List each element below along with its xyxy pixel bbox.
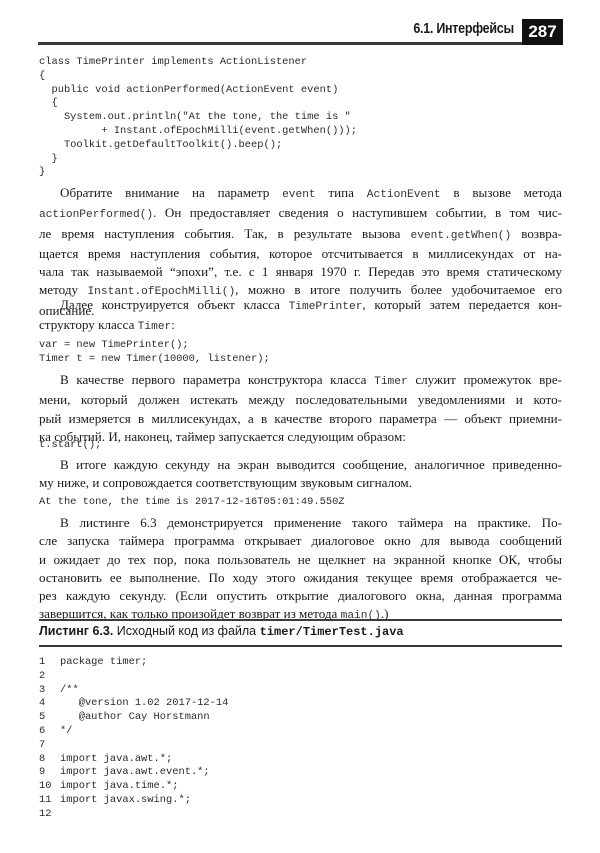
inline-code: Timer [374, 376, 408, 388]
listing-caption-text: Исходный код из файла [113, 624, 259, 638]
text-line: щается время наступления события, которо… [39, 245, 562, 263]
listing-line: 11import javax.swing.*; [39, 794, 228, 808]
line-number: 5 [39, 711, 60, 725]
inline-code: actionPerformed() [39, 209, 153, 221]
code-block-timer-construct: var = new TimePrinter();Timer t = new Ti… [39, 339, 270, 367]
code-line: } [39, 153, 357, 167]
code-line: { [39, 70, 357, 84]
code-line: Timer t = new Timer(10000, listener); [39, 353, 270, 367]
listing-code: 1package timer;23/**4 @version 1.02 2017… [39, 656, 228, 822]
line-number: 3 [39, 684, 60, 698]
inline-code: event [282, 189, 316, 201]
text-line: чала так называемой “эпохи”, т.е. с 1 ян… [39, 263, 562, 281]
line-number: 7 [39, 739, 60, 753]
listing-line: 5 @author Cay Horstmann [39, 711, 228, 725]
text-line: и ожидает до тех пор, пока пользователь … [39, 551, 562, 569]
text-line: В итоге каждую секунду на экран выводитс… [39, 456, 562, 474]
listing-bottom-rule [39, 645, 562, 647]
inline-code: TimePrinter [289, 301, 363, 313]
text-line: сле запуска таймера программа открывает … [39, 532, 562, 550]
listing-line: 2 [39, 670, 228, 684]
inline-code: ActionEvent [367, 189, 441, 201]
line-number: 2 [39, 670, 60, 684]
text-line: В листинге 6.3 демонстрируется применени… [39, 514, 562, 532]
line-number: 11 [39, 794, 60, 808]
page-number: 287 [522, 19, 563, 45]
listing-line: 1package timer; [39, 656, 228, 670]
code-block-output-sample: At the tone, the time is 2017-12-16T05:0… [39, 496, 345, 510]
listing-line: 4 @version 1.02 2017-12-14 [39, 697, 228, 711]
listing-caption: Листинг 6.3. Исходный код из файла timer… [39, 624, 404, 639]
line-number: 12 [39, 808, 60, 822]
line-number: 10 [39, 780, 60, 794]
listing-top-rule [39, 619, 562, 621]
text-line: завершится, как только произойдет возвра… [39, 605, 562, 625]
text-line: рый измеряется в миллисекундах, а в каче… [39, 410, 562, 428]
text-line: ка событий. И, наконец, таймер запускает… [39, 428, 562, 446]
text-line: actionPerformed(). Он предоставляет свед… [39, 204, 562, 224]
listing-line: 9import java.awt.event.*; [39, 766, 228, 780]
text-line: му ниже, и сопровождается соответствующи… [39, 474, 562, 492]
paragraph-timer-params: В качестве первого параметра конструктор… [39, 371, 562, 446]
listing-line: 8import java.awt.*; [39, 753, 228, 767]
line-number: 1 [39, 656, 60, 670]
listing-line: 6*/ [39, 725, 228, 739]
text-line: В качестве первого параметра конструктор… [39, 371, 562, 391]
section-title: 6.1. Интерфейсы [414, 21, 514, 37]
book-page: 6.1. Интерфейсы 287 class TimePrinter im… [0, 0, 600, 853]
line-number: 9 [39, 766, 60, 780]
code-block-timeprinter: class TimePrinter implements ActionListe… [39, 56, 357, 180]
inline-code: event.getWhen() [411, 230, 512, 242]
code-line: At the tone, the time is 2017-12-16T05:0… [39, 496, 345, 510]
line-number: 6 [39, 725, 60, 739]
code-line: } [39, 166, 357, 180]
code-line: Toolkit.getDefaultToolkit().beep(); [39, 139, 357, 153]
paragraph-construct-timeprinter: Далее конструируется объект класса TimeP… [39, 296, 562, 337]
code-line: t.start(); [39, 439, 101, 453]
line-number: 4 [39, 697, 60, 711]
code-line: var = new TimePrinter(); [39, 339, 270, 353]
code-block-timer-start: t.start(); [39, 439, 101, 453]
header-rule [38, 42, 524, 45]
paragraph-output: В итоге каждую секунду на экран выводитс… [39, 456, 562, 493]
text-line: структору класса Timer: [39, 316, 562, 336]
inline-code: Timer [138, 321, 172, 333]
code-line: System.out.println("At the tone, the tim… [39, 111, 357, 125]
listing-label: Листинг 6.3. [39, 624, 113, 638]
listing-filename: timer/TimerTest.java [260, 625, 404, 639]
text-line: ле время наступления события. Так, в рез… [39, 225, 562, 245]
code-line: class TimePrinter implements ActionListe… [39, 56, 357, 70]
line-number: 8 [39, 753, 60, 767]
listing-line: 7 [39, 739, 228, 753]
text-line: мени, который должен истекать между посл… [39, 391, 562, 409]
text-line: Далее конструируется объект класса TimeP… [39, 296, 562, 316]
listing-line: 12 [39, 808, 228, 822]
text-line: Обратите внимание на параметр event типа… [39, 184, 562, 204]
listing-line: 10import java.time.*; [39, 780, 228, 794]
paragraph-listing-intro: В листинге 6.3 демонстрируется применени… [39, 514, 562, 626]
text-line: остановить ее выполнение. По ходу этого … [39, 569, 562, 587]
code-line: + Instant.ofEpochMilli(event.getWhen()))… [39, 125, 357, 139]
text-line: рез каждую секунду. (Если опустить откры… [39, 587, 562, 605]
code-line: public void actionPerformed(ActionEvent … [39, 84, 357, 98]
code-line: { [39, 97, 357, 111]
listing-line: 3/** [39, 684, 228, 698]
